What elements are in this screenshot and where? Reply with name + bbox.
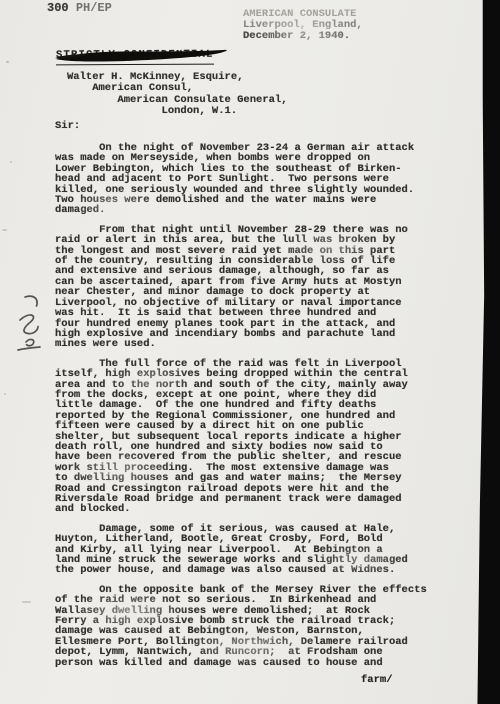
letterhead-block: AMERICAN CONSULATE Liverpool, England, D… xyxy=(243,9,363,43)
scan-speck xyxy=(22,601,31,603)
scanned-letter-page: 300 PH/EP AMERICAN CONSULATE Liverpool, … xyxy=(0,0,500,704)
paragraph-3: The full force of the raid was felt in L… xyxy=(55,359,450,515)
paragraph-2: From that night until November 28-29 the… xyxy=(55,225,450,350)
scan-speck xyxy=(10,161,12,163)
scan-speck xyxy=(4,393,6,395)
paragraph-5: On the opposite bank of the Mersey River… xyxy=(55,585,450,668)
addressee-block: Walter H. McKinney, Esquire, American Co… xyxy=(67,72,288,118)
reference-number: 300 PH/EP xyxy=(47,2,112,14)
letter-body: On the night of November 23-24 a German … xyxy=(55,143,450,677)
ref-typist-initials: PH/EP xyxy=(76,1,112,15)
catchword: farm/ xyxy=(361,675,393,685)
classification-line: STRICTLY CONFIDENTIAL xyxy=(56,50,214,66)
scan-speck xyxy=(6,61,9,63)
letterhead-date: December 2, 1940. xyxy=(243,31,363,42)
salutation: Sir: xyxy=(55,121,80,131)
scan-edge-strip xyxy=(476,0,500,704)
ref-file-number: 300 xyxy=(47,1,76,15)
paragraph-4: Damage, some of it serious, was caused a… xyxy=(55,524,450,576)
paragraph-1: On the night of November 23-24 a German … xyxy=(55,143,450,216)
handwritten-margin-mark xyxy=(13,293,49,353)
scan-speck xyxy=(2,229,7,231)
